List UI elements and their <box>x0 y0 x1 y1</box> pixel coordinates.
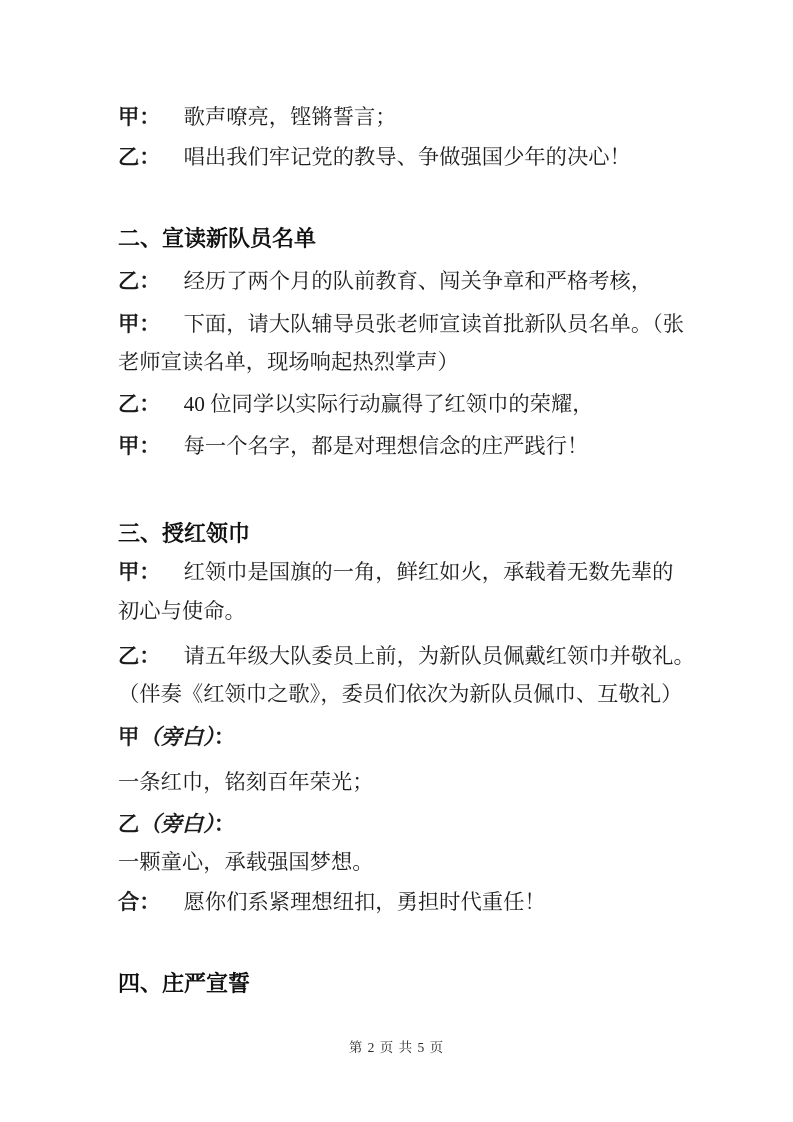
speaker-label: 甲： <box>118 105 161 129</box>
dialogue-line: 合：愿你们系紧理想纽扣，勇担时代重任！ <box>118 888 546 916</box>
section-heading: 二、宣读新队员名单 <box>118 225 316 253</box>
dialogue-text: 唱出我们牢记党的教导、争做强国少年的决心！ <box>184 145 631 169</box>
dialogue-text: 经历了两个月的队前教育、闯关争章和严格考核， <box>184 269 653 293</box>
dialogue-line: 乙：40 位同学以实际行动赢得了红领巾的荣耀， <box>118 390 594 418</box>
speaker-label: 乙： <box>118 145 161 169</box>
aside-label: （旁白） <box>139 725 214 749</box>
speaker-label: 乙： <box>118 392 161 416</box>
dialogue-text: 一条红巾，铭刻百年荣光； <box>118 770 374 794</box>
dialogue-text: 愿你们系紧理想纽扣，勇担时代重任！ <box>184 890 546 914</box>
speaker-aside-line: 甲（旁白）： <box>118 723 235 751</box>
dialogue-line: 乙：经历了两个月的队前教育、闯关争章和严格考核， <box>118 267 652 295</box>
dialogue-line: 甲：红领巾是国旗的一角，鲜红如火，承载着无数先辈的 <box>118 558 673 586</box>
document-page: 甲：歌声嘹亮，铿锵誓言； 乙：唱出我们牢记党的教导、争做强国少年的决心！ 二、宣… <box>0 0 793 1122</box>
section-heading: 三、授红领巾 <box>118 520 250 548</box>
colon: ： <box>214 812 235 836</box>
colon: ： <box>214 725 235 749</box>
dialogue-line: 甲：歌声嘹亮，铿锵誓言； <box>118 103 397 131</box>
dialogue-text: 初心与使命。 <box>118 599 246 623</box>
dialogue-line: 乙：唱出我们牢记党的教导、争做强国少年的决心！ <box>118 143 631 171</box>
dialogue-line: 乙：请五年级大队委员上前，为新队员佩戴红领巾并敬礼。 <box>118 642 695 670</box>
continuation-line: 一条红巾，铭刻百年荣光； <box>118 768 374 796</box>
speaker-label: 合： <box>118 890 161 914</box>
stage-direction-text: （伴奏《红领巾之歌》，委员们依次为新队员佩巾、互敬礼） <box>118 682 682 706</box>
continuation-line: 一颗童心，承载强国梦想。 <box>118 848 374 876</box>
page-footer: 第 2 页 共 5 页 <box>0 1038 793 1058</box>
dialogue-text: 请五年级大队委员上前，为新队员佩戴红领巾并敬礼。 <box>184 644 695 668</box>
dialogue-text: 老师宣读名单，现场响起热烈掌声） <box>118 350 459 374</box>
speaker-label: 甲： <box>118 312 161 336</box>
stage-direction-line: （伴奏《红领巾之歌》，委员们依次为新队员佩巾、互敬礼） <box>118 680 682 708</box>
dialogue-text: 每一个名字，都是对理想信念的庄严践行！ <box>184 434 589 458</box>
page-number-text: 第 2 页 共 5 页 <box>349 1040 444 1055</box>
dialogue-line: 甲：每一个名字，都是对理想信念的庄严践行！ <box>118 432 588 460</box>
dialogue-line: 甲：下面，请大队辅导员张老师宣读首批新队员名单。（张 <box>118 310 684 338</box>
aside-label: （旁白） <box>139 812 214 836</box>
dialogue-text: 歌声嘹亮，铿锵誓言； <box>184 105 397 129</box>
speaker-label: 乙： <box>118 644 161 668</box>
section-heading: 四、庄严宣誓 <box>118 970 250 998</box>
speaker-label: 甲： <box>118 434 161 458</box>
speaker-label: 乙： <box>118 269 161 293</box>
dialogue-text: 一颗童心，承载强国梦想。 <box>118 850 374 874</box>
speaker-label: 甲： <box>118 560 161 584</box>
continuation-line: 初心与使命。 <box>118 597 246 625</box>
dialogue-text: 40 位同学以实际行动赢得了红领巾的荣耀， <box>184 392 594 416</box>
speaker-label: 甲 <box>118 725 139 749</box>
speaker-aside-line: 乙（旁白）： <box>118 810 235 838</box>
speaker-label: 乙 <box>118 812 139 836</box>
dialogue-text: 红领巾是国旗的一角，鲜红如火，承载着无数先辈的 <box>184 560 674 584</box>
continuation-line: 老师宣读名单，现场响起热烈掌声） <box>118 348 459 376</box>
dialogue-text: 下面，请大队辅导员张老师宣读首批新队员名单。（张 <box>184 312 684 336</box>
